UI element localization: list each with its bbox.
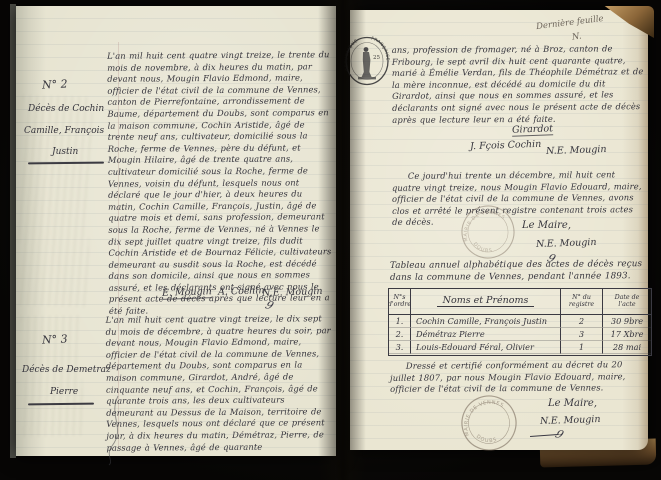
stamp-value: 25 <box>373 55 380 61</box>
table-cell-nom: Louis-Edouard Féral, Olivier <box>411 341 561 354</box>
margin-note-line: Justin <box>52 147 78 157</box>
table-cell-nom: Démétraz Pierre <box>411 328 561 341</box>
table-cell-registre: 3 <box>561 328 603 341</box>
table-cell-registre: 2 <box>561 315 603 328</box>
signature: A. Cochin <box>218 285 265 298</box>
stamp-arc-text: DOUBS <box>474 428 499 450</box>
pencil-annotation: N. <box>571 31 582 42</box>
pencil-annotation: Dernière feuille <box>536 14 604 32</box>
table-header-noms: Noms et Prénoms <box>411 289 561 315</box>
margin-note-line: Camille, François <box>24 126 104 136</box>
table-cell-nom: Cochin Camille, François Justin <box>411 315 561 328</box>
death-act-3-text: L'an mil huit cent quatre vingt treize, … <box>106 313 333 454</box>
register-closing-text: Ce jourd'hui trente un décembre, mil hui… <box>392 169 644 229</box>
margin-note-line: Décès de Demetraz <box>22 365 111 375</box>
table-header-text: Noms et Prénoms <box>437 296 535 308</box>
left-page: N° 2 Décès de Cochin Camille, François J… <box>16 6 336 456</box>
table-header-text: d'ordre <box>389 302 411 309</box>
act-number-label: N° 2 <box>42 77 68 91</box>
margin-note-line: Décès de Cochin <box>28 104 104 114</box>
le-maire-label: Le Maire, <box>548 398 597 409</box>
register-book-scan: N° 2 Décès de Cochin Camille, François J… <box>0 0 661 480</box>
republique-francaise-stamp: 25 RÉPUBLIQUE FRANÇAISE <box>344 36 390 86</box>
signature: N.E. Mougin <box>262 286 323 299</box>
table-header-text: registre <box>569 302 594 309</box>
margin-underline <box>28 162 104 165</box>
annual-table-title: Tableau annuel alphabétique des actes de… <box>390 259 646 284</box>
svg-text:DOUBS: DOUBS <box>474 428 499 450</box>
margin-note-line: Pierre <box>50 387 78 397</box>
signature: N.E. Mougin <box>536 237 597 250</box>
table-cell-date: 17 Xbre <box>603 328 651 341</box>
table-cell-ordre: 1. <box>389 315 411 328</box>
signature: N.E. Mougin <box>540 414 601 427</box>
death-act-2-text: L'an mil huit cent quatre vingt treize, … <box>107 49 333 317</box>
table-header-registre: N° du registre <box>561 289 603 315</box>
stamp-arc-text: RÉPUBLIQUE <box>344 38 359 71</box>
table-cell-ordre: 2. <box>389 328 411 341</box>
table-header-ordre: N°s d'ordre <box>389 289 411 315</box>
certification-text: Dressé et certifié conformément au décre… <box>390 359 646 396</box>
table-cell-date: 30 9bre <box>603 315 651 328</box>
margin-underline <box>28 403 94 406</box>
le-maire-label: Le Maire, <box>522 220 571 231</box>
table-header-text: l'acte <box>618 302 635 309</box>
signature: Girardot <box>512 123 553 136</box>
stamp-arc-text: FRANÇAISE <box>370 36 390 61</box>
right-page: Dernière feuille N. 25 RÉPUBLIQUE FRANÇA… <box>350 10 648 450</box>
signature: E. Mougin <box>162 286 212 300</box>
act-number-label: N° 3 <box>42 332 68 346</box>
table-cell-registre: 1 <box>561 341 603 354</box>
svg-text:MAIRIE DE VENNES: MAIRIE DE VENNES <box>455 393 511 437</box>
svg-text:RÉPUBLIQUE: RÉPUBLIQUE <box>344 38 359 71</box>
svg-text:DOUBS: DOUBS <box>471 238 494 258</box>
annual-deaths-table: N°s d'ordre Noms et Prénoms N° du regist… <box>388 288 652 356</box>
table-header-date: Date de l'acte <box>603 289 651 315</box>
table-cell-ordre: 3. <box>389 341 411 354</box>
stamp-arc-text: MAIRIE DE VENNES <box>455 393 511 437</box>
paraph-flourish: 9 <box>553 428 566 442</box>
svg-text:FRANÇAISE: FRANÇAISE <box>370 36 390 61</box>
stamp-arc-text: DOUBS <box>471 238 494 258</box>
death-act-3-continuation-text: ans, profession de fromager, né à Broz, … <box>392 43 645 126</box>
table-cell-date: 28 mai <box>603 341 651 354</box>
signature: N.E. Mougin <box>546 144 607 157</box>
signature: J. Fçois Cochin <box>470 139 542 152</box>
